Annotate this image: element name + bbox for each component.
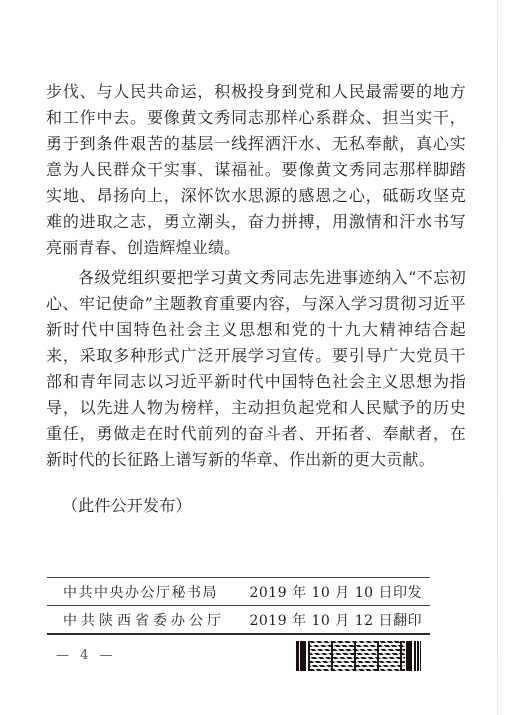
barcode (295, 641, 421, 671)
colophon-row-print: 中共中央办公厅秘书局 2019 年 10 月 10 日印发 (47, 578, 430, 605)
scanned-document-page: 步伐、与人民共命运，积极投身到党和人民最需要的地方和工作中去。要像黄文秀同志那样… (0, 0, 506, 715)
printing-date: 2019 年 10 月 10 日印发 (249, 582, 430, 602)
colophon-table: 中共中央办公厅秘书局 2019 年 10 月 10 日印发 中共陕西省委办公厅 … (47, 577, 430, 635)
reprinting-org-name: 中共陕西省委办公厅 (47, 610, 225, 630)
colophon-row-reprint: 中共陕西省委办公厅 2019 年 10 月 12 日翻印 (47, 605, 430, 633)
reprinting-date: 2019 年 10 月 12 日翻印 (249, 610, 430, 630)
paragraph-party-organizations: 各级党组织要把学习黄文秀同志先进事迹纳入“不忘初心、牢记使命”主题教育重要内容，… (46, 265, 466, 473)
paragraph-continued: 步伐、与人民共命运，积极投身到党和人民最需要的地方和工作中去。要像黄文秀同志那样… (46, 79, 466, 261)
document-body: 步伐、与人民共命运，积极投身到党和人民最需要的地方和工作中去。要像黄文秀同志那样… (46, 79, 466, 519)
barcode-data-region (308, 641, 405, 671)
scan-page-edge (497, 0, 498, 715)
printing-org-name: 中共中央办公厅秘书局 (47, 582, 218, 602)
public-release-note: （此件公开发布） (46, 493, 466, 519)
page-number: — 4 — (56, 648, 113, 663)
barcode-segment (420, 641, 421, 671)
